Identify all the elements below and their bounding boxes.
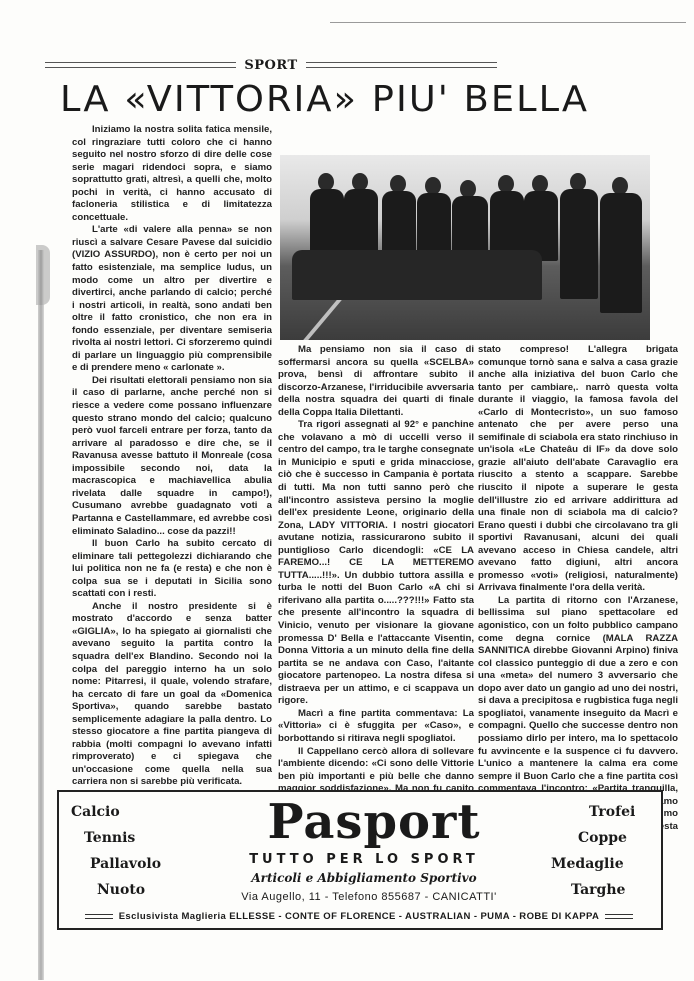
ad-right-item: Targhe <box>571 882 625 898</box>
ad-tagline: TUTTO PER LO SPORT <box>209 852 519 867</box>
paragraph: L'arte «di valere alla penna» se non riu… <box>72 224 272 375</box>
photo-figure <box>560 189 598 299</box>
ad-address: Via Augello, 11 - Telefono 855687 - CANI… <box>209 891 529 903</box>
paragraph: Macrì a fine partita commentava: La «Vit… <box>278 708 474 746</box>
photo-figure <box>600 193 642 313</box>
ad-footer-text: Esclusivista Maglieria ELLESSE - CONTE O… <box>119 911 600 922</box>
ad-subtitle: Articoli e Abbigliamento Sportivo <box>209 871 519 885</box>
paragraph: Iniziamo la nostra solita fatica mensile… <box>72 124 272 224</box>
article-column-3: stato compreso! L'allegra brigata comunq… <box>478 344 678 864</box>
scan-edge-bar <box>38 250 44 980</box>
team-photo <box>280 155 650 340</box>
page-top-rule <box>330 22 686 23</box>
paragraph: Anche il nostro presidente si è mostrato… <box>72 601 272 789</box>
ad-footer-rule-left <box>85 914 113 919</box>
ad-left-item: Nuoto <box>97 882 145 898</box>
paragraph: stato compreso! L'allegra brigata comunq… <box>478 344 678 595</box>
photo-pitch-line <box>303 300 382 340</box>
ad-right-item: Coppe <box>578 830 627 846</box>
ad-brand-logo: Pasport <box>234 796 514 848</box>
photo-figure <box>310 189 344 259</box>
paragraph: Ma pensiamo non sia il caso di soffermar… <box>278 344 474 419</box>
paragraph: Il buon Carlo ha subito cercato di elimi… <box>72 538 272 601</box>
photo-kneeling-row <box>292 250 542 300</box>
ad-footer: Esclusivista Maglieria ELLESSE - CONTE O… <box>69 911 649 922</box>
photo-figure <box>344 189 378 259</box>
ad-right-item: Trofei <box>589 804 635 820</box>
headline: LA «VITTORIA» PIU' BELLA <box>60 80 672 120</box>
section-header: SPORT <box>45 57 497 73</box>
section-rule-left <box>45 62 236 68</box>
ad-left-item: Pallavolo <box>90 856 161 872</box>
ad-right-item: Medaglie <box>551 856 624 872</box>
paragraph: Tra rigori assegnati al 92° e panchine c… <box>278 419 474 708</box>
ad-left-item: Tennis <box>84 830 135 846</box>
section-label: SPORT <box>244 58 297 73</box>
advertisement-pasport: Calcio Tennis Pallavolo Nuoto Pasport TU… <box>57 790 663 930</box>
ad-left-item: Calcio <box>71 804 120 820</box>
ad-footer-rule-right <box>605 914 633 919</box>
paragraph: Dei risultati elettorali pensiamo non si… <box>72 375 272 538</box>
section-rule-right <box>306 62 497 68</box>
